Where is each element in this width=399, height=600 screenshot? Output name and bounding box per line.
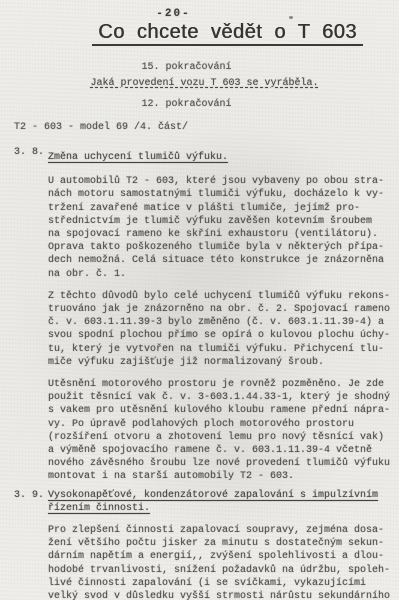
section-3-8: 3. 8. Změna uchycení tlumičů výfuku. U a… <box>14 146 399 484</box>
document-body: -20- Co chcete vědět o T 603 15. pokračo… <box>0 0 399 600</box>
continuation-label-15: 15. pokračování <box>141 61 231 74</box>
section-3-9: 3. 9. Vysokonapěťové, kondenzátorové zap… <box>14 489 399 600</box>
scanned-page: -20- Co chcete vědět o T 603 15. pokračo… <box>0 0 399 600</box>
paragraph: Z těchto důvodů bylo celé uchycení tlumi… <box>48 290 399 369</box>
page-title: Co chcete vědět o T 603 <box>92 22 363 46</box>
paragraph: Utěsnění motorového prostoru je rovněž p… <box>48 378 399 484</box>
title-row: Co chcete vědět o T 603 <box>0 22 399 49</box>
model-designation: T2 - 603 - model 69 /4. část/ <box>14 121 399 134</box>
section-heading: Vysokonapěťové, kondenzátorové zapalován… <box>48 489 378 515</box>
series-title: Jaká provedení vozu T 603 se vyráběla. <box>90 77 318 91</box>
paragraph: Pro zlepšení činnosti zapalovací souprav… <box>48 524 399 600</box>
section-heading: Změna uchycení tlumičů výfuku. <box>48 151 228 164</box>
paragraph: U automobilů T2 - 603, které jsou vybave… <box>48 175 399 281</box>
section-number: 3. 8. <box>14 146 44 159</box>
section-number: 3. 9. <box>14 489 44 502</box>
continuation-label-12: 12. pokračování <box>141 98 231 111</box>
page-number: -20- <box>156 8 190 21</box>
